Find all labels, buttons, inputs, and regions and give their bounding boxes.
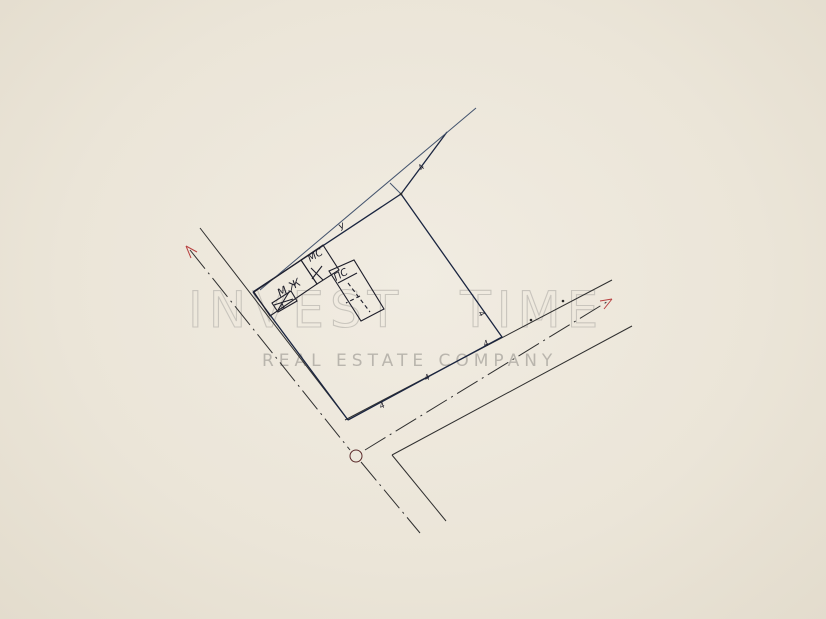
watermark: INVEST TIME REAL ESTATE COMPANY [188, 281, 604, 371]
survey-point [400, 193, 403, 196]
building-small-cross-icon [311, 266, 323, 280]
survey-point [562, 300, 565, 303]
site-plan-sheet: INVEST TIME REAL ESTATE COMPANY [0, 0, 826, 619]
street-east-edge [392, 326, 632, 455]
site-plan-drawing: INVEST TIME REAL ESTATE COMPANY [0, 0, 826, 619]
survey-point [530, 319, 533, 322]
boundary-mark-4: 4 [423, 372, 432, 382]
watermark-subtitle: REAL ESTATE COMPANY [262, 351, 557, 371]
street-centerline-south [361, 462, 420, 533]
street-lines [190, 228, 632, 533]
parcel-boundary [253, 108, 502, 420]
boundary-mark-5: 4 [378, 400, 387, 410]
parcel-north-edge [260, 108, 476, 290]
intersection-point-icon [350, 450, 362, 462]
watermark-title: INVEST TIME [188, 281, 604, 339]
label-edge-mark: У [338, 222, 348, 234]
parcel-north-spur [401, 132, 447, 194]
parcel-corner-tick [390, 183, 401, 194]
label-small-building: МС [306, 247, 325, 264]
street-south-edge [392, 455, 446, 521]
